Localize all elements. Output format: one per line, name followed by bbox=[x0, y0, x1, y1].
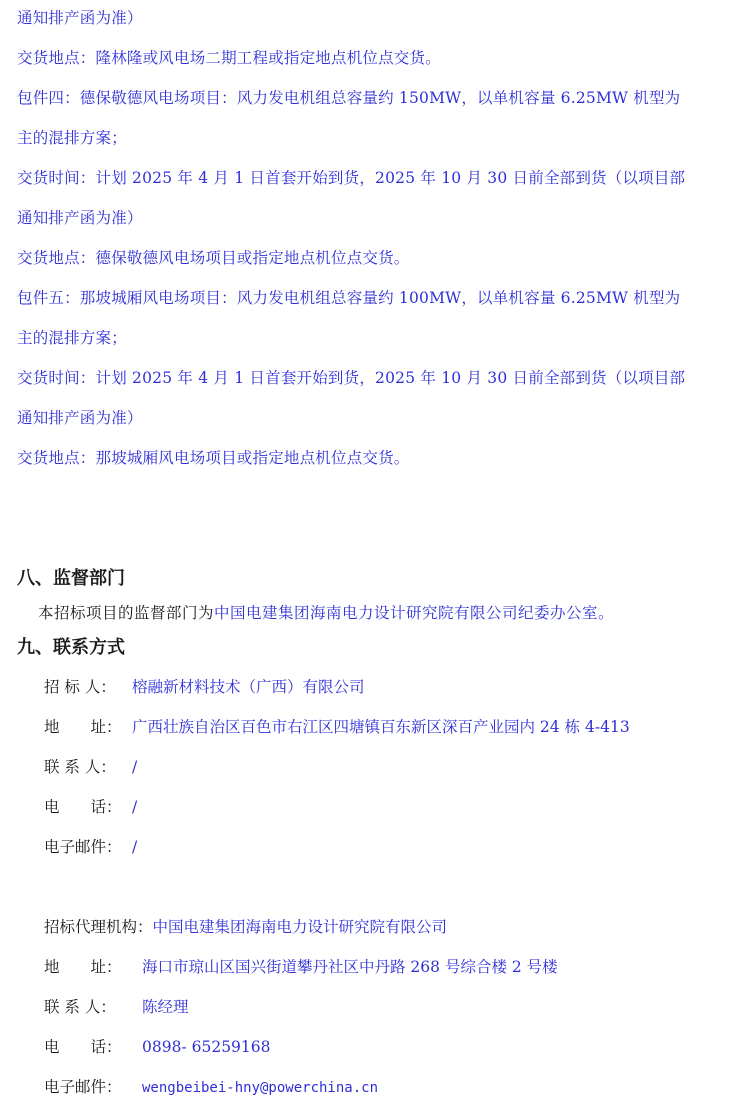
field-value: 榕融新材料技术（广西）有限公司 bbox=[132, 678, 365, 696]
field-value: / bbox=[132, 798, 137, 816]
field-label: 地 址： bbox=[44, 717, 132, 737]
field-value: 广西壮族自治区百色市右江区四塘镇百东新区深百产业园内 24 栋 4-413 bbox=[132, 718, 630, 736]
field-value: 0898- 65259168 bbox=[142, 1038, 271, 1056]
tenderer-row: 招 标 人：榕融新材料技术（广西）有限公司 bbox=[44, 677, 365, 697]
package-line: 包件五：那坡城厢风电场项目：风力发电机组总容量约 100MW，以单机容量 6.2… bbox=[17, 288, 680, 308]
section-heading-supervision: 八、监督部门 bbox=[17, 567, 125, 591]
tenderer-row: 地 址：广西壮族自治区百色市右江区四塘镇百东新区深百产业园内 24 栋 4-41… bbox=[44, 717, 630, 737]
package-line: 主的混排方案； bbox=[17, 128, 127, 148]
package-line: 交货地点：那坡城厢风电场项目或指定地点机位点交货。 bbox=[17, 448, 410, 468]
supervision-prefix: 本招标项目的监督部门为 bbox=[38, 604, 214, 622]
supervision-suffix: 纪委办公室。 bbox=[518, 604, 614, 622]
supervision-text: 本招标项目的监督部门为中国电建集团海南电力设计研究院有限公司纪委办公室。 bbox=[38, 603, 614, 623]
package-line: 通知排产函为准） bbox=[17, 408, 143, 428]
field-label: 电 话： bbox=[44, 797, 132, 817]
field-value: 海口市琼山区国兴街道攀丹社区中丹路 268 号综合楼 2 号楼 bbox=[142, 958, 558, 976]
field-label: 电子邮件： bbox=[44, 1077, 142, 1097]
field-label: 联 系 人： bbox=[44, 757, 132, 777]
package-line: 交货地点：德保敬德风电场项目或指定地点机位点交货。 bbox=[17, 248, 410, 268]
package-line: 交货时间：计划 2025 年 4 月 1 日首套开始到货，2025 年 10 月… bbox=[17, 368, 685, 388]
agency-row: 地 址：海口市琼山区国兴街道攀丹社区中丹路 268 号综合楼 2 号楼 bbox=[44, 957, 558, 977]
field-label: 电子邮件： bbox=[44, 837, 132, 857]
field-label: 地 址： bbox=[44, 957, 142, 977]
tenderer-row: 联 系 人：/ bbox=[44, 757, 137, 777]
package-line: 交货时间：计划 2025 年 4 月 1 日首套开始到货，2025 年 10 月… bbox=[17, 168, 685, 188]
email-value[interactable]: wengbeibei-hny@powerchina.cn bbox=[142, 1080, 378, 1096]
field-label: 电 话： bbox=[44, 1037, 142, 1057]
agency-row: 电子邮件：wengbeibei-hny@powerchina.cn bbox=[44, 1077, 378, 1098]
package-line: 包件四：德保敬德风电场项目：风力发电机组总容量约 150MW，以单机容量 6.2… bbox=[17, 88, 680, 108]
agency-row: 招标代理机构：中国电建集团海南电力设计研究院有限公司 bbox=[44, 917, 447, 937]
field-value: / bbox=[132, 758, 137, 776]
field-label: 招 标 人： bbox=[44, 677, 132, 697]
package-line: 通知排产函为准） bbox=[17, 8, 143, 28]
tenderer-row: 电子邮件：/ bbox=[44, 837, 137, 857]
supervision-org: 中国电建集团海南电力设计研究院有限公司 bbox=[214, 604, 518, 622]
tenderer-row: 电 话：/ bbox=[44, 797, 137, 817]
field-value: 中国电建集团海南电力设计研究院有限公司 bbox=[153, 918, 448, 936]
section-heading-contact: 九、联系方式 bbox=[17, 636, 125, 660]
agency-row: 联 系 人：陈经理 bbox=[44, 997, 189, 1017]
package-line: 主的混排方案； bbox=[17, 328, 127, 348]
field-label: 招标代理机构： bbox=[44, 917, 153, 937]
package-line: 通知排产函为准） bbox=[17, 208, 143, 228]
field-value: / bbox=[132, 838, 137, 856]
field-value: 陈经理 bbox=[142, 998, 189, 1016]
field-label: 联 系 人： bbox=[44, 997, 142, 1017]
package-line: 交货地点：隆林隆或风电场二期工程或指定地点机位点交货。 bbox=[17, 48, 441, 68]
agency-row: 电 话：0898- 65259168 bbox=[44, 1037, 271, 1057]
